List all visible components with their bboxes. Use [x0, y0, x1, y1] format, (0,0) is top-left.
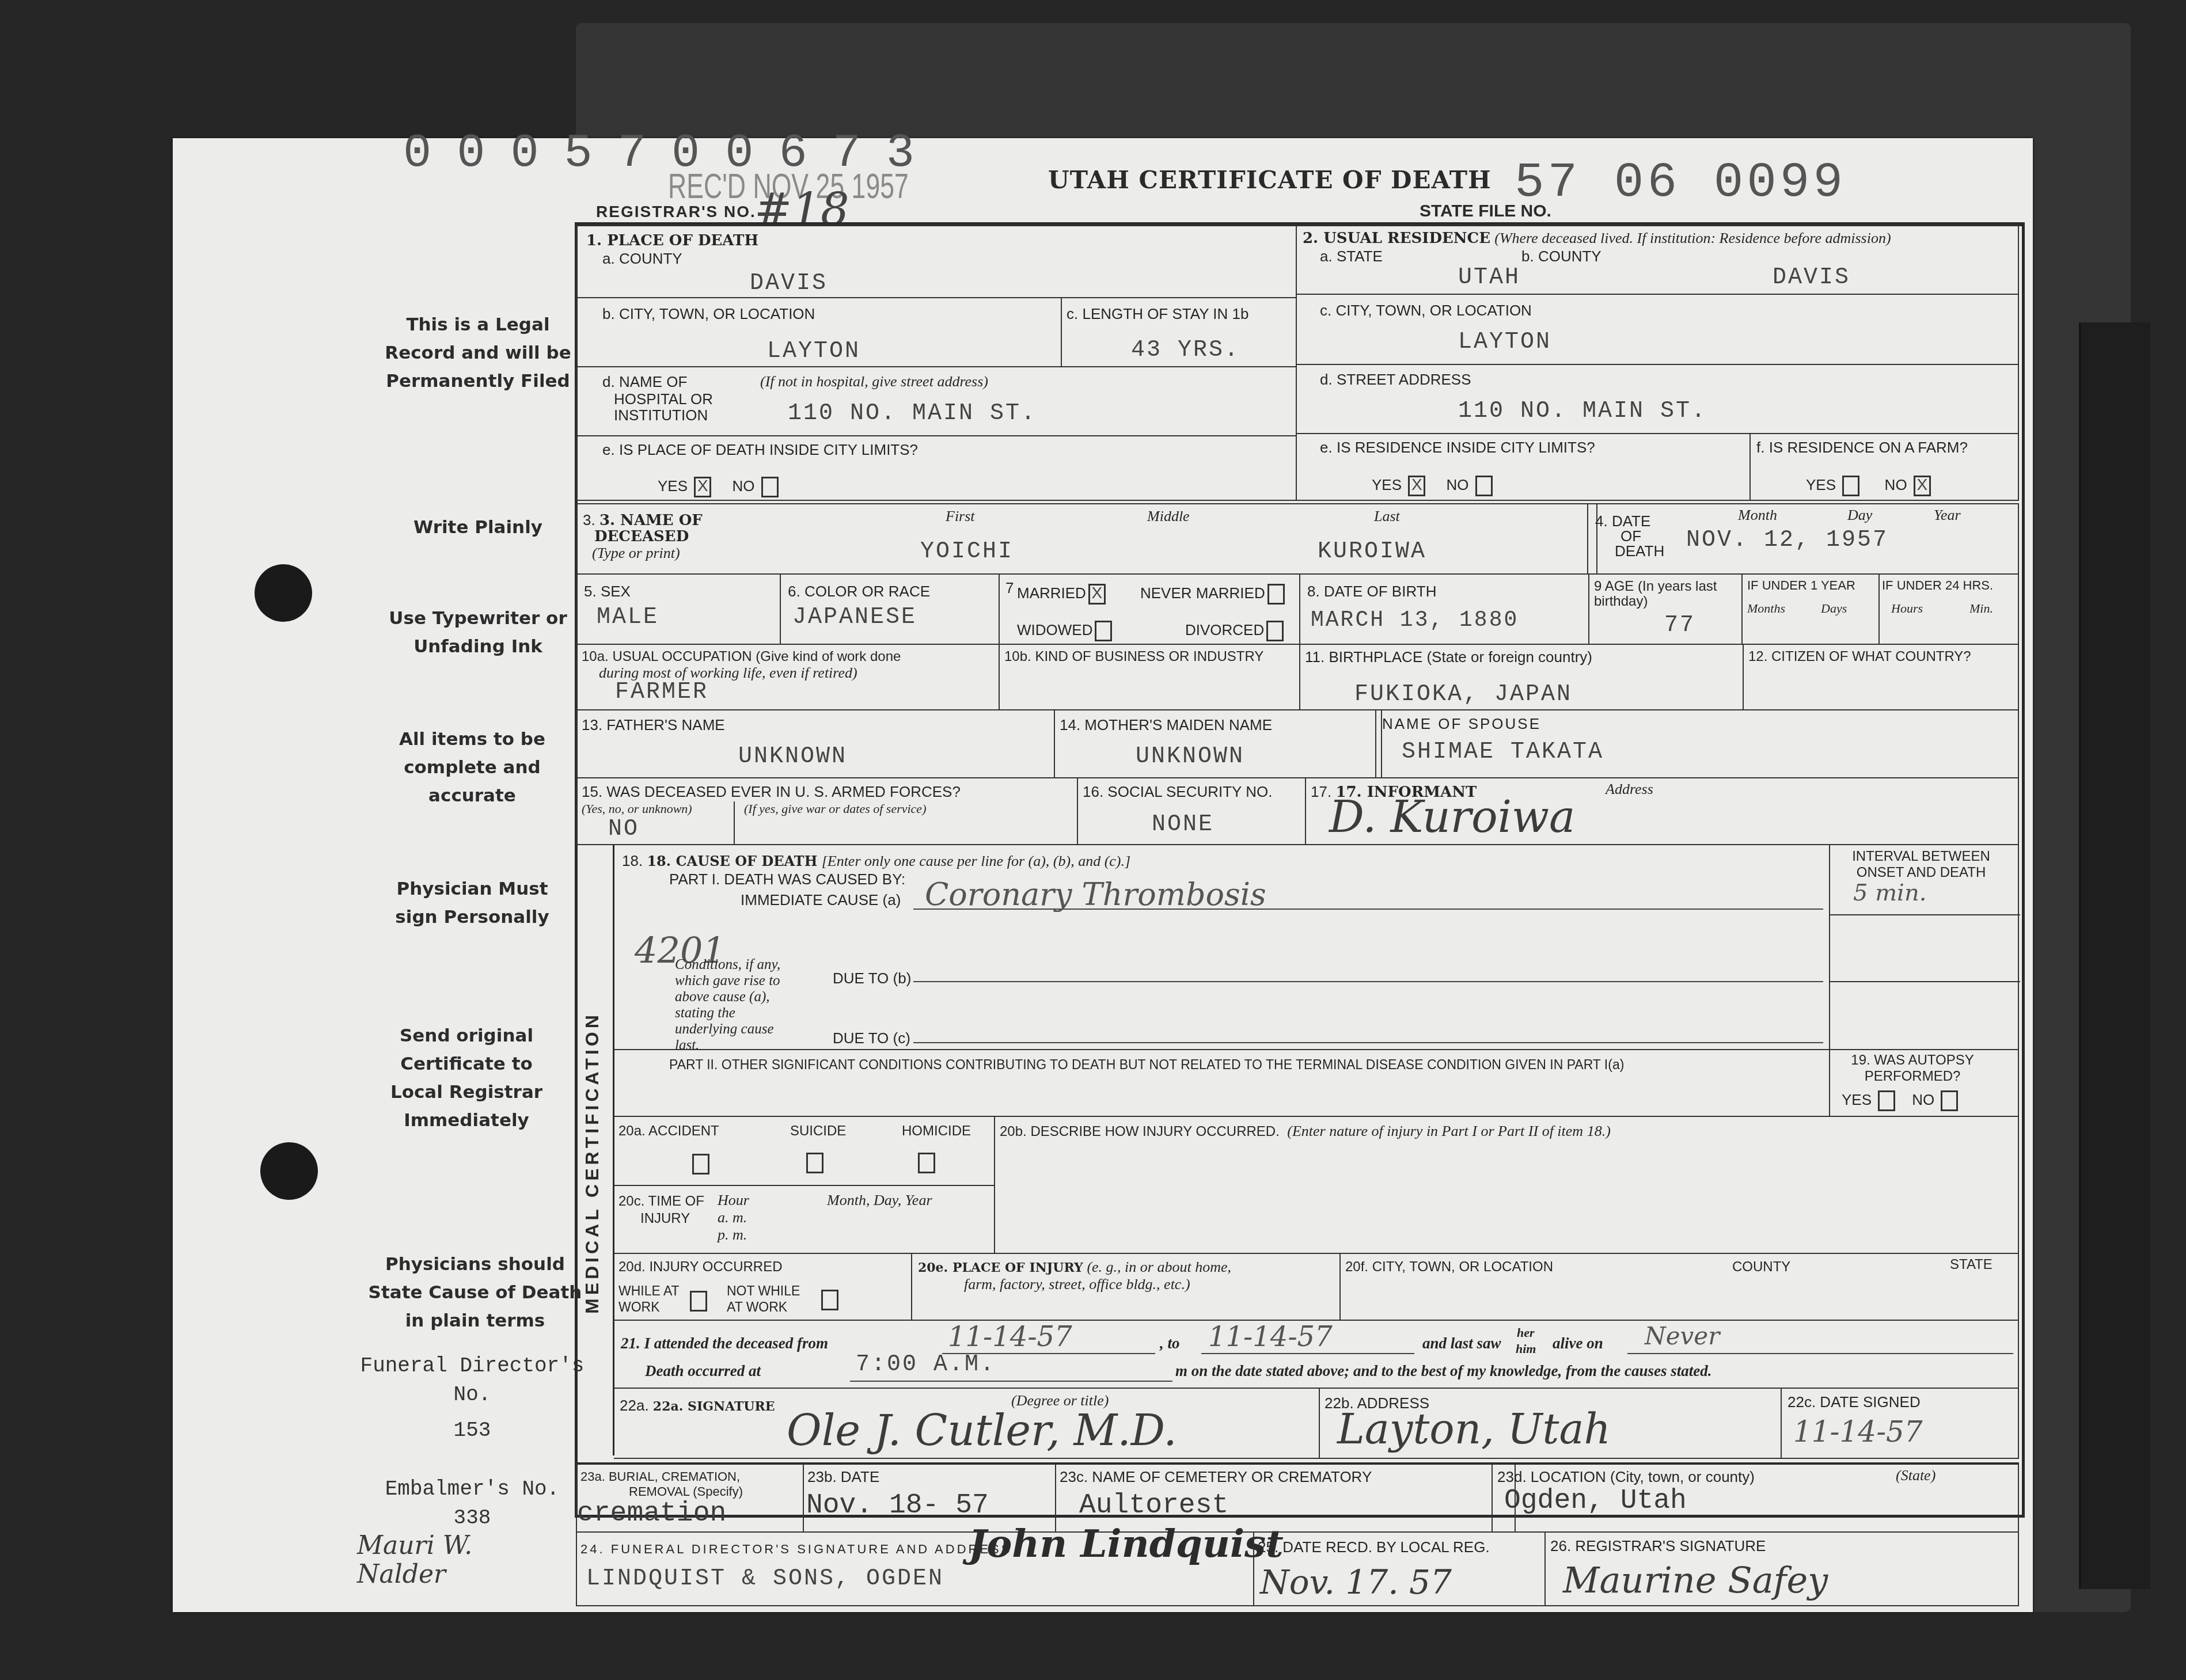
res-inside-yes-label: YES — [1372, 476, 1402, 493]
name-label-2: DECEASED — [594, 528, 689, 545]
inside-city-no-label: NO — [732, 477, 754, 495]
field-20d-at-work: 20d. INJURY OCCURRED WHILE AT WORK NOT W… — [614, 1253, 912, 1321]
part1-label: PART I. DEATH WAS CAUSED BY: — [669, 871, 905, 888]
interval-value: 5 min. — [1853, 880, 1926, 906]
last-name-value: KUROIWA — [1318, 539, 1426, 565]
side-note-legal-record: This is a Legal Record and will be Perma… — [380, 311, 576, 396]
immediate-label: IMMEDIATE CAUSE (a) — [741, 891, 901, 909]
min-label: Min. — [1969, 600, 1993, 617]
length-value: 43 YRS. — [1131, 337, 1240, 363]
certificate-title: UTAH CERTIFICATE OF DEATH — [1048, 166, 1492, 194]
medical-certification-label: MEDICAL CERTIFICATION — [582, 1002, 616, 1324]
race-value: JAPANESE — [792, 605, 917, 630]
dob-label: 8. DATE OF BIRTH — [1307, 583, 1436, 600]
binder-edge — [2079, 322, 2150, 1589]
field-17-informant: 17. 17. INFORMANT Address D. Kuroiwa — [1305, 777, 2019, 845]
armed-forces-label: 15. WAS DECEASED EVER IN U. S. ARMED FOR… — [582, 783, 961, 800]
never-married-label: NEVER MARRIED — [1140, 584, 1265, 602]
registrar-sig-label: 26. REGISTRAR'S SIGNATURE — [1550, 1537, 1766, 1554]
name-label-1: 3. NAME OF — [599, 512, 703, 529]
field-21-attendance: 21. I attended the deceased from 11-14-5… — [614, 1320, 2019, 1389]
signature-label: 22a. SIGNATURE — [653, 1399, 775, 1414]
sex-value: MALE — [597, 605, 659, 630]
death-time-value: 7:00 A.M. — [856, 1352, 996, 1378]
widowed-checkbox[interactable] — [1095, 621, 1112, 641]
registrar-signature: Maurine Safey — [1563, 1559, 1828, 1601]
ssn-label: 16. SOCIAL SECURITY NO. — [1083, 783, 1272, 800]
immediate-cause-value[interactable]: Coronary Thrombosis — [925, 876, 1266, 913]
location-state-label: (State) — [1896, 1467, 1935, 1484]
field-6-race: 6. COLOR OR RACE JAPANESE — [780, 573, 1000, 645]
hour-label: Hour — [718, 1192, 749, 1209]
state-file-label: STATE FILE NO. — [1420, 202, 1551, 221]
time-label-2: INJURY — [640, 1210, 690, 1227]
registrars-no-label: REGISTRAR'S NO. — [596, 203, 756, 221]
usual-residence-heading: 2. USUAL RESIDENCE — [1303, 230, 1490, 247]
res-city-value: LAYTON — [1458, 329, 1551, 355]
embalmer-no-label: Embalmer's No. — [357, 1475, 587, 1504]
field-2c-res-city: c. CITY, TOWN, OR LOCATION LAYTON — [1296, 294, 2019, 365]
inside-city-yes-label: YES — [658, 477, 688, 495]
field-20c-time: 20c. TIME OF INJURY Hour a. m. p. m. Mon… — [614, 1185, 995, 1254]
field-8-dob: 8. DATE OF BIRTH MARCH 13, 1880 — [1299, 573, 1589, 645]
her-label: her — [1517, 1324, 1535, 1341]
death-time-line — [850, 1381, 1172, 1382]
autopsy-yes-label: YES — [1842, 1091, 1872, 1108]
side-note-physician-sign: Physician Must sign Personally — [380, 875, 564, 932]
while-work-checkbox[interactable] — [690, 1291, 707, 1312]
suicide-label: SUICIDE — [790, 1123, 846, 1140]
spouse-label: NAME OF SPOUSE — [1382, 715, 1541, 732]
marital-label: 7 — [1005, 579, 1014, 596]
place-hint-1: (e. g., in or about home, — [1087, 1259, 1231, 1275]
field-10b-business: 10b. KIND OF BUSINESS OR INDUSTRY — [999, 644, 1300, 710]
alive-on-value: Never — [1645, 1322, 1720, 1350]
injury-city-label: 20f. CITY, TOWN, OR LOCATION — [1345, 1259, 1553, 1276]
attended-to-label: , to — [1160, 1335, 1180, 1352]
farm-yes-checkbox[interactable] — [1842, 476, 1859, 496]
business-label: 10b. KIND OF BUSINESS OR INDUSTRY — [1004, 648, 1263, 666]
funeral-director-label: 24. FUNERAL DIRECTOR'S SIGNATURE AND ADD… — [580, 1541, 1012, 1558]
date-recd-value: Nov. 17. 57 — [1260, 1563, 1452, 1602]
autopsy-label: 19. WAS AUTOPSY PERFORMED? — [1835, 1052, 1990, 1085]
funeral-director-no-label: Funeral Director's No. — [357, 1352, 587, 1409]
spouse-value: SHIMAE TAKATA — [1402, 739, 1604, 765]
punch-hole-bottom — [260, 1142, 318, 1200]
age-label: 9 AGE (In years last birthday) — [1594, 579, 1738, 609]
last-saw-label: and last saw — [1422, 1335, 1501, 1352]
field-4-date-of-death: 4. DATE OF DEATH Month Day Year NOV. 12,… — [1587, 503, 2019, 575]
certifier-address: Layton, Utah — [1337, 1405, 1611, 1453]
res-inside-city-label: e. IS RESIDENCE INSIDE CITY LIMITS? — [1320, 439, 1595, 456]
side-note-write-plainly: Write Plainly — [380, 514, 576, 542]
field-22b-address: 22b. ADDRESS Layton, Utah — [1319, 1388, 1782, 1459]
dod-day-label: Day — [1847, 507, 1872, 524]
date-signed-value: 11-14-57 — [1793, 1415, 1923, 1449]
date-recd-label: 25. DATE RECD. BY LOCAL REG. — [1258, 1538, 1490, 1556]
birthplace-label: 11. BIRTHPLACE (State or foreign country… — [1305, 648, 1592, 666]
field-20a-manner: 20a. ACCIDENT SUICIDE HOMICIDE — [614, 1116, 995, 1186]
embalmer-no: 338 — [374, 1504, 570, 1533]
dod-value: NOV. 12, 1957 — [1686, 527, 1888, 553]
res-state-value: UTAH — [1458, 265, 1520, 291]
field-23a-method: 23a. BURIAL, CREMATION, REMOVAL (Specify… — [576, 1462, 804, 1533]
field-5-sex: 5. SEX MALE — [576, 573, 781, 645]
cause-heading: 18. CAUSE OF DEATH — [647, 853, 817, 869]
field-15-armed-forces: 15. WAS DECEASED EVER IN U. S. ARMED FOR… — [576, 777, 1078, 845]
location-label: 23d. LOCATION (City, town, or county) — [1497, 1468, 1755, 1485]
alive-on-line — [1627, 1353, 2013, 1354]
hospital-label-3: INSTITUTION — [614, 406, 708, 424]
field-26-registrar-signature: 26. REGISTRAR'S SIGNATURE Maurine Safey — [1544, 1531, 2019, 1606]
citizen-label: 12. CITIZEN OF WHAT COUNTRY? — [1748, 648, 1971, 666]
field-20f-city: 20f. CITY, TOWN, OR LOCATION COUNTY STAT… — [1339, 1253, 2019, 1321]
describe-label: 20b. DESCRIBE HOW INJURY OCCURRED. — [1000, 1124, 1280, 1139]
field-19-autopsy: 19. WAS AUTOPSY PERFORMED? YES NO — [1829, 1049, 2019, 1117]
part2-label: PART II. OTHER SIGNIFICANT CONDITIONS CO… — [669, 1056, 1624, 1073]
res-state-label: a. STATE — [1320, 248, 1383, 265]
side-note-send-original: Send original Certificate to Local Regis… — [380, 1022, 553, 1135]
due-c-label: DUE TO (c) — [833, 1029, 910, 1047]
method-value: cremation — [577, 1498, 726, 1529]
funeral-director-signature: John Lindquist — [969, 1521, 1284, 1566]
hospital-label-1: d. NAME OF — [602, 373, 687, 390]
farm-no-label: NO — [1885, 476, 1907, 493]
farm-no-checkbox[interactable]: X — [1914, 476, 1931, 496]
place-hint-2: farm, factory, street, office bldg., etc… — [964, 1276, 1190, 1293]
date-signed-label: 22c. DATE SIGNED — [1787, 1393, 1921, 1411]
res-county-label: b. COUNTY — [1521, 248, 1601, 265]
accident-label: 20a. ACCIDENT — [618, 1123, 719, 1140]
hospital-label-2: HOSPITAL OR — [614, 390, 713, 408]
field-9-age: 9 AGE (In years last birthday) 77 — [1588, 573, 1743, 645]
res-street-label: d. STREET ADDRESS — [1320, 371, 1471, 388]
punch-hole-top — [255, 564, 312, 622]
inside-city-yes-checkbox[interactable]: X — [694, 477, 711, 497]
res-county-value: DAVIS — [1773, 265, 1850, 291]
widowed-label: WIDOWED — [1017, 621, 1092, 638]
res-inside-no-label: NO — [1446, 476, 1468, 493]
funeral-director-no: 153 — [374, 1416, 570, 1445]
name-hint: (Type or print) — [592, 545, 680, 562]
farm-yes-label: YES — [1806, 476, 1836, 493]
certifier-signature: Ole J. Cutler, M.D. — [787, 1406, 1177, 1455]
res-inside-yes-checkbox[interactable]: X — [1408, 476, 1425, 496]
days-label: Days — [1821, 600, 1847, 617]
field-16-ssn: 16. SOCIAL SECURITY NO. NONE — [1077, 777, 1306, 845]
never-married-checkbox[interactable] — [1267, 584, 1285, 605]
armed-forces-hint-1: (Yes, no, or unknown) — [582, 800, 692, 818]
field-22a-signature: 22a. 22a. SIGNATURE (Degree or title) Ol… — [614, 1388, 1320, 1459]
field-9-under-1-year: IF UNDER 1 YEAR Months Days — [1741, 573, 1880, 645]
cemetery-label: 23c. NAME OF CEMETERY OR CREMATORY — [1060, 1468, 1372, 1485]
injury-county-label: COUNTY — [1732, 1259, 1790, 1276]
occupation-value: FARMER — [615, 679, 708, 705]
field-12-citizen: 12. CITIZEN OF WHAT COUNTRY? — [1743, 644, 2019, 710]
field-14-mother: 14. MOTHER'S MAIDEN NAME UNKNOWN — [1054, 709, 1382, 778]
res-city-label: c. CITY, TOWN, OR LOCATION — [1320, 302, 1532, 319]
pm-label: p. m. — [718, 1226, 747, 1244]
homicide-label: HOMICIDE — [902, 1123, 971, 1140]
state-file-number: 57 06 0099 — [1515, 154, 1846, 211]
city-value: LAYTON — [767, 339, 860, 364]
months-label: Months — [1747, 600, 1785, 617]
father-label: 13. FATHER'S NAME — [582, 716, 725, 733]
am-label: a. m. — [718, 1209, 747, 1226]
field-13-father: 13. FATHER'S NAME UNKNOWN — [576, 709, 1055, 778]
under-24-label: IF UNDER 24 HRS. — [1882, 577, 1993, 594]
dob-value: MARCH 13, 1880 — [1311, 608, 1519, 633]
farm-label: f. IS RESIDENCE ON A FARM? — [1756, 439, 1968, 456]
under-1-year-label: IF UNDER 1 YEAR — [1747, 577, 1855, 594]
place-label: 20e. PLACE OF INJURY — [918, 1260, 1083, 1275]
divorced-checkbox[interactable] — [1266, 621, 1284, 641]
cemetery-value: Aultorest — [1079, 1490, 1228, 1521]
field-9-under-24-hrs: IF UNDER 24 HRS. Hours Min. — [1878, 573, 2019, 645]
describe-hint: (Enter nature of injury in Part I or Par… — [1287, 1123, 1611, 1139]
county-value: DAVIS — [750, 271, 828, 297]
res-inside-no-checkbox[interactable] — [1475, 476, 1493, 496]
first-name-label: First — [946, 508, 975, 525]
field-25-date-recd: 25. DATE RECD. BY LOCAL REG. Nov. 17. 57 — [1253, 1531, 1546, 1606]
field-3-name: 3. 3. NAME OF DECEASED (Type or print) F… — [576, 503, 1597, 575]
usual-residence-hint: (Where deceased lived. If institution: R… — [1494, 230, 1891, 246]
suicide-checkbox[interactable] — [806, 1153, 823, 1173]
embalmer-signature: Mauri W. Nalder — [357, 1531, 507, 1589]
hours-label: Hours — [1891, 600, 1923, 617]
ssn-value: NONE — [1152, 812, 1214, 838]
occupation-label: 10a. USUAL OCCUPATION (Give kind of work… — [582, 648, 901, 666]
location-value: Ogden, Utah — [1504, 1485, 1687, 1516]
field-18-part2: PART II. OTHER SIGNIFICANT CONDITIONS CO… — [614, 1049, 1830, 1117]
length-label: c. LENGTH OF STAY IN 1b — [1067, 305, 1248, 322]
middle-name-label: Middle — [1147, 508, 1190, 525]
field-2e-res-inside-city: e. IS RESIDENCE INSIDE CITY LIMITS? YES … — [1296, 433, 1751, 501]
attended-to-line — [1201, 1353, 1414, 1354]
interval-label: INTERVAL BETWEEN ONSET AND DEATH — [1835, 849, 2007, 881]
field-18-interval: INTERVAL BETWEEN ONSET AND DEATH 5 min. — [1829, 844, 2019, 1050]
field-1a-county: 1. PLACE OF DEATH a. COUNTY DAVIS — [576, 225, 1297, 298]
field-1e-inside-city: e. IS PLACE OF DEATH INSIDE CITY LIMITS?… — [576, 435, 1297, 501]
not-while-checkbox[interactable] — [821, 1290, 838, 1310]
autopsy-yes-checkbox[interactable] — [1878, 1090, 1895, 1111]
father-value: UNKNOWN — [738, 744, 847, 770]
inside-city-label: e. IS PLACE OF DEATH INSIDE CITY LIMITS? — [602, 441, 918, 458]
city-label: b. CITY, TOWN, OR LOCATION — [602, 305, 815, 322]
field-22c-date-signed: 22c. DATE SIGNED 11-14-57 — [1781, 1388, 2019, 1459]
field-1d-hospital: d. NAME OF HOSPITAL OR INSTITUTION (If n… — [576, 366, 1297, 436]
divorced-label: DIVORCED — [1185, 621, 1264, 638]
field-23d-location: 23d. LOCATION (City, town, or county) (S… — [1492, 1462, 2019, 1533]
funeral-director-value: LINDQUIST & SONS, OGDEN — [586, 1566, 944, 1592]
not-while-label: NOT WHILE AT WORK — [727, 1283, 807, 1315]
first-name-value: YOICHI — [920, 539, 1014, 565]
age-value: 77 — [1664, 613, 1695, 638]
res-street-value: 110 NO. MAIN ST. — [1458, 398, 1707, 424]
hospital-value: 110 NO. MAIN ST. — [788, 401, 1037, 427]
autopsy-no-checkbox[interactable] — [1941, 1090, 1958, 1111]
field-2d-street: d. STREET ADDRESS 110 NO. MAIN ST. — [1296, 364, 2019, 434]
mdy-label: Month, Day, Year — [827, 1192, 932, 1209]
informant-signature: D. Kuroiwa — [1329, 791, 1575, 842]
field-10a-occupation: 10a. USUAL OCCUPATION (Give kind of work… — [576, 644, 1000, 710]
hospital-hint: (If not in hospital, give street address… — [760, 373, 988, 390]
attended-prefix: 21. I attended the deceased from — [621, 1335, 828, 1352]
while-work-label: WHILE AT WORK — [618, 1283, 682, 1315]
armed-forces-hint-2: (If yes, give war or dates of service) — [744, 800, 926, 818]
occurred-label: 20d. INJURY OCCURRED — [618, 1259, 783, 1276]
armed-forces-divider — [734, 801, 735, 845]
field-1c-length-of-stay: c. LENGTH OF STAY IN 1b 43 YRS. — [1061, 297, 1297, 367]
field-20e-place: 20e. PLACE OF INJURY (e. g., in or about… — [911, 1253, 1341, 1321]
field-11-birthplace: 11. BIRTHPLACE (State or foreign country… — [1299, 644, 1744, 710]
due-b-label: DUE TO (b) — [833, 970, 911, 987]
autopsy-no-label: NO — [1912, 1091, 1934, 1108]
him-label: him — [1516, 1340, 1536, 1358]
field-1b-city: b. CITY, TOWN, OR LOCATION LAYTON — [576, 297, 1062, 367]
last-name-label: Last — [1374, 508, 1400, 525]
attended-to: 11-14-57 — [1208, 1321, 1333, 1353]
field-20b-describe: 20b. DESCRIBE HOW INJURY OCCURRED. (Ente… — [994, 1116, 2019, 1254]
field-2f-farm: f. IS RESIDENCE ON A FARM? YES NO X — [1749, 433, 2019, 501]
homicide-checkbox[interactable] — [918, 1153, 935, 1173]
side-note-complete: All items to be complete and accurate — [380, 725, 564, 810]
sex-label: 5. SEX — [584, 583, 631, 600]
mother-value: UNKNOWN — [1136, 744, 1244, 770]
dod-month-label: Month — [1738, 507, 1777, 524]
field-7-marital: 7 MARRIEDX NEVER MARRIED WIDOWED DIVORCE… — [999, 573, 1300, 645]
disposition-date-label: 23b. DATE — [807, 1468, 879, 1485]
dod-label-3: DEATH — [1615, 542, 1664, 560]
field-2ab-state-county: 2. USUAL RESIDENCE (Where deceased lived… — [1296, 225, 2019, 295]
birthplace-value: FUKIOKA, JAPAN — [1354, 682, 1572, 708]
due-c-line — [913, 1042, 1823, 1043]
accident-checkbox[interactable] — [692, 1154, 709, 1175]
interval-line-1 — [1830, 914, 2020, 915]
mother-label: 14. MOTHER'S MAIDEN NAME — [1060, 716, 1272, 733]
conditions-hint: Conditions, if any, which gave rise to a… — [675, 957, 788, 1054]
injury-state-label: STATE — [1950, 1256, 1993, 1274]
married-label: MARRIED — [1017, 584, 1086, 602]
race-label: 6. COLOR OR RACE — [788, 583, 930, 600]
interval-line-2 — [1830, 981, 2020, 982]
informant-address-label: Address — [1606, 781, 1653, 798]
side-note-plain-terms: Physicians should State Cause of Death i… — [363, 1251, 587, 1335]
cause-hint: [Enter only one cause per line for (a), … — [822, 853, 1130, 869]
field-24-funeral-director: 24. FUNERAL DIRECTOR'S SIGNATURE AND ADD… — [576, 1531, 1254, 1606]
time-label-1: 20c. TIME OF — [618, 1193, 704, 1210]
place-of-death-heading: 1. PLACE OF DEATH — [586, 232, 758, 249]
attended-from: 11-14-57 — [948, 1321, 1072, 1353]
disposition-date-value: Nov. 18- 57 — [806, 1490, 989, 1521]
due-b-line — [913, 981, 1823, 982]
inside-city-no-checkbox[interactable] — [761, 477, 779, 497]
field-18-cause: 18. 18. CAUSE OF DEATH [Enter only one c… — [614, 844, 1830, 1050]
field-spouse: NAME OF SPOUSE SHIMAE TAKATA — [1375, 709, 2019, 778]
married-checkbox[interactable]: X — [1088, 584, 1106, 605]
dod-year-label: Year — [1934, 507, 1961, 524]
death-occurred-label: Death occurred at — [645, 1362, 761, 1379]
alive-on-label: alive on — [1553, 1335, 1603, 1352]
side-note-typewriter: Use Typewriter or Unfading Ink — [380, 605, 576, 661]
armed-forces-value: NO — [608, 816, 639, 842]
county-label: a. COUNTY — [602, 250, 682, 267]
death-occurred-suffix: m on the date stated above; and to the b… — [1175, 1362, 1711, 1379]
